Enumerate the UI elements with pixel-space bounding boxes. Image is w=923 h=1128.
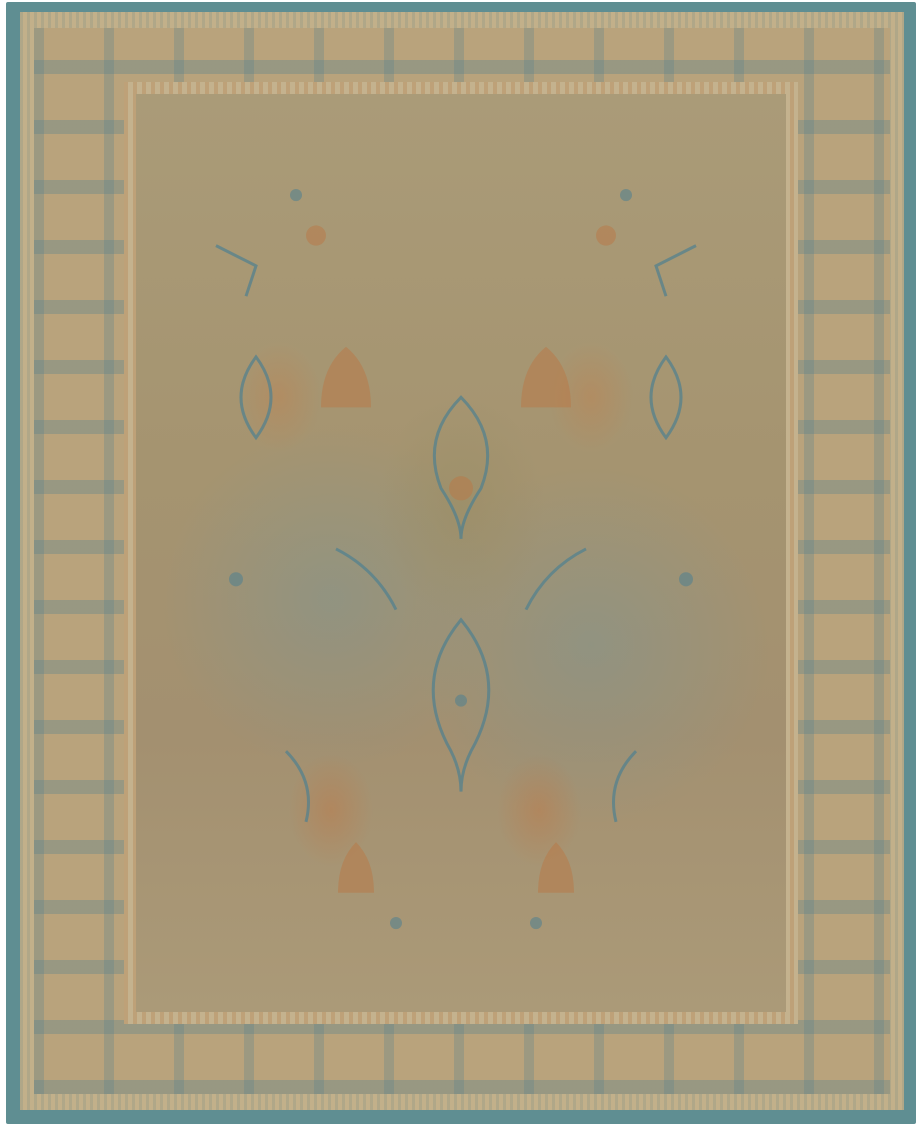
- rug-photo: [6, 2, 916, 1124]
- field-motifs: [136, 94, 786, 1012]
- rug-field: [136, 94, 786, 1012]
